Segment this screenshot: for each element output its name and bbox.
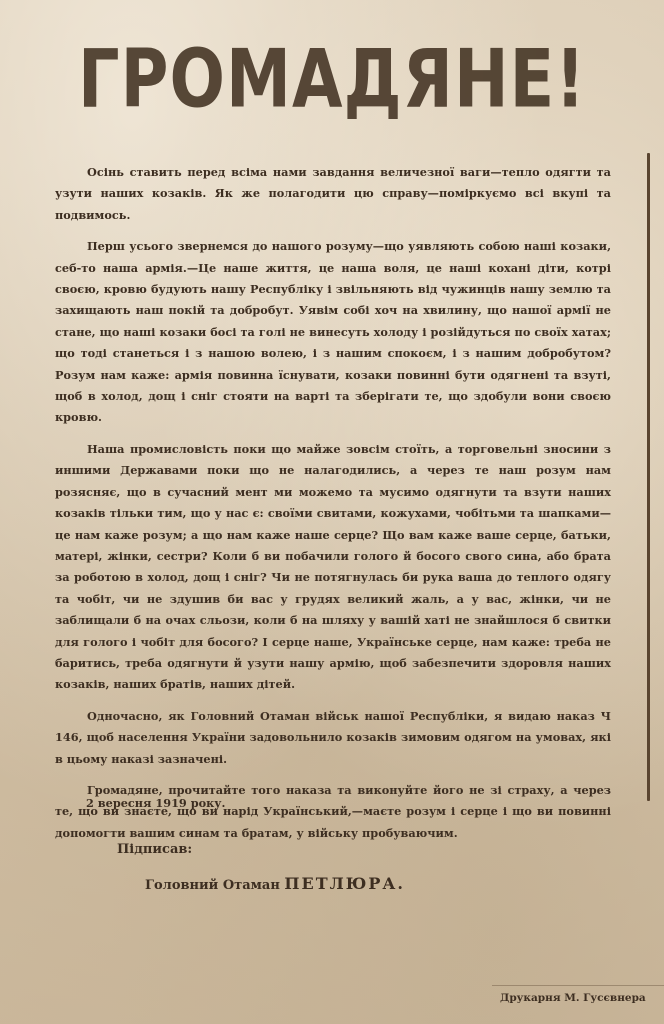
printer-rule (492, 985, 664, 986)
signatory-name: ПЕТЛЮРА. (284, 874, 405, 893)
paragraph-1: Осінь ставить перед всіма нами завдання … (55, 162, 611, 226)
paragraph-5: Громадяне, прочитайте того наказа та вик… (55, 780, 611, 844)
paragraph-4: Одночасно, як Головний Отаман військ наш… (55, 706, 611, 770)
body-text: Осінь ставить перед всіма нами завдання … (55, 162, 611, 854)
headline: ГРОМАДЯНЕ! (0, 34, 664, 127)
vertical-rule (647, 153, 650, 801)
signed-label: Підписав: (117, 842, 192, 857)
printer-imprint: Друкарня М. Гусєвнера (500, 992, 646, 1004)
proclamation-poster: ГРОМАДЯНЕ! Осінь ставить перед всіма нам… (0, 0, 664, 1024)
date-line: 2 вересня 1919 року. (86, 796, 225, 810)
paragraph-3: Наша промисловість поки що майже зовсім … (55, 439, 611, 696)
signatory-title: Головний Отаман (145, 878, 280, 893)
paragraph-2: Перш усього звернемся до нашого розуму—щ… (55, 236, 611, 429)
signatory: Головний Отаман ПЕТЛЮРА. (145, 874, 405, 893)
